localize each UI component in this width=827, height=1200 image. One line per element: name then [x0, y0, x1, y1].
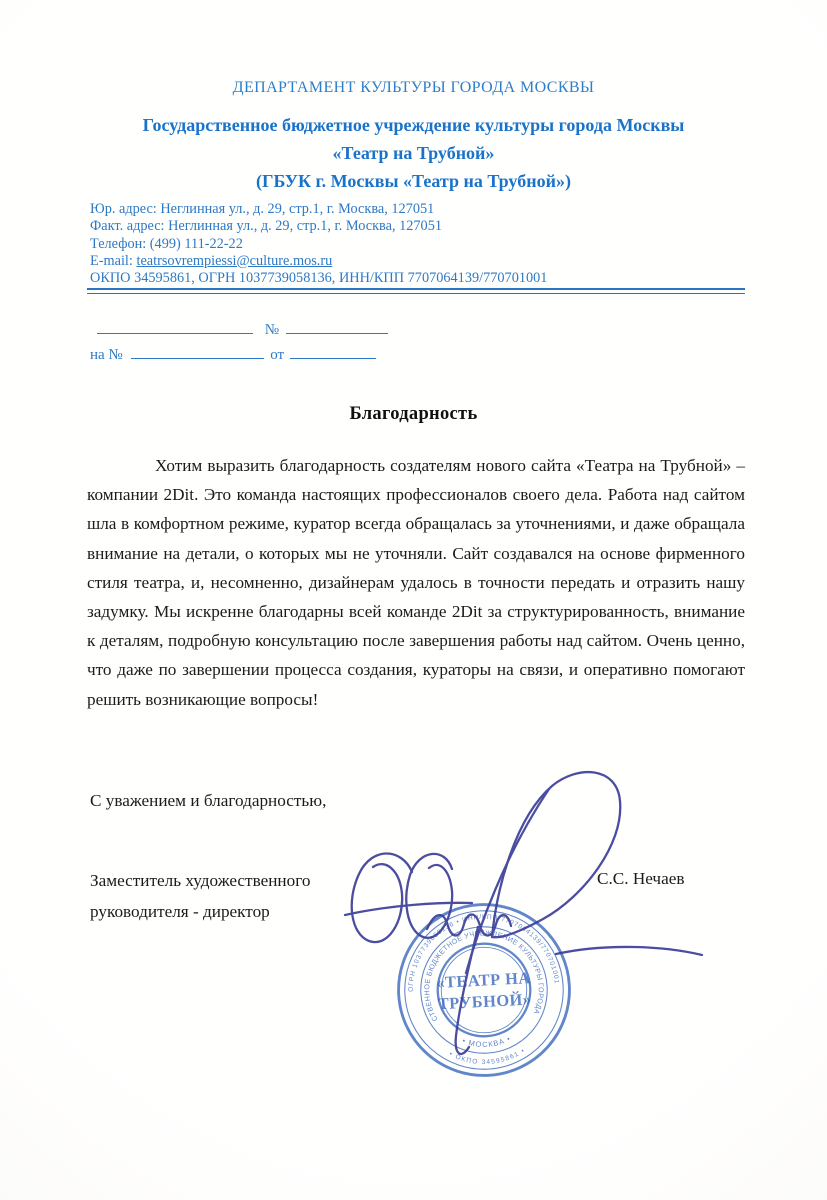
letter-body: Хотим выразить благодарность создателям …: [87, 451, 745, 714]
incoming-date-blank: [290, 344, 376, 359]
reference-line-incoming: на № от: [90, 344, 376, 364]
registration-numbers: ОКПО 34595861, ОГРН 1037739058136, ИНН/К…: [90, 270, 547, 287]
stamp-graphic: ОГРН 1037739058136 • ИНН/КПП 7707064139/…: [390, 896, 577, 1083]
reference-line-outgoing: №: [97, 319, 388, 339]
scanned-letter-page: ДЕПАРТАМЕНТ КУЛЬТУРЫ ГОРОДА МОСКВЫ Госуд…: [0, 0, 827, 1200]
organization-name-line: (ГБУК г. Москвы «Театр на Трубной»): [0, 167, 827, 195]
outgoing-date-blank: [97, 319, 253, 334]
actual-address: Факт. адрес: Неглинная ул., д. 29, стр.1…: [90, 218, 547, 235]
legal-address: Юр. адрес: Неглинная ул., д. 29, стр.1, …: [90, 201, 547, 218]
number-sign: №: [265, 322, 279, 338]
letter-title: Благодарность: [0, 404, 827, 425]
official-round-stamp: ОГРН 1037739058136 • ИНН/КПП 7707064139/…: [390, 896, 577, 1083]
closing-phrase: С уважением и благодарностью,: [90, 791, 326, 811]
email-address: teatrsovrempiessi@culture.mos.ru: [136, 253, 332, 269]
incoming-number-blank: [131, 344, 264, 359]
organization-name: Государственное бюджетное учреждение кул…: [0, 111, 827, 195]
signer-job-title: Заместитель художественного руководителя…: [90, 866, 310, 927]
department-name: ДЕПАРТАМЕНТ КУЛЬТУРЫ ГОРОДА МОСКВЫ: [0, 79, 827, 97]
signer-name: С.С. Нечаев: [597, 869, 684, 889]
signer-job-title-line: руководителя - директор: [90, 897, 310, 928]
email-label: E-mail:: [90, 253, 133, 269]
contact-block: Юр. адрес: Неглинная ул., д. 29, стр.1, …: [90, 201, 547, 287]
stamp-center-line1: «ТЕАТР НА: [436, 968, 531, 992]
organization-name-line: Государственное бюджетное учреждение кул…: [0, 111, 827, 139]
phone: Телефон: (499) 111-22-22: [90, 236, 547, 253]
email-line: E-mail: teatrsovrempiessi@culture.mos.ru: [90, 253, 547, 270]
outgoing-number-blank: [286, 319, 388, 334]
signer-job-title-line: Заместитель художественного: [90, 866, 310, 897]
stamp-center-line2: ТРУБНОЙ»: [437, 989, 532, 1013]
letterhead-divider: [87, 288, 745, 294]
on-number-label: на №: [90, 347, 123, 363]
organization-name-line: «Театр на Трубной»: [0, 139, 827, 167]
from-label: от: [270, 347, 284, 363]
